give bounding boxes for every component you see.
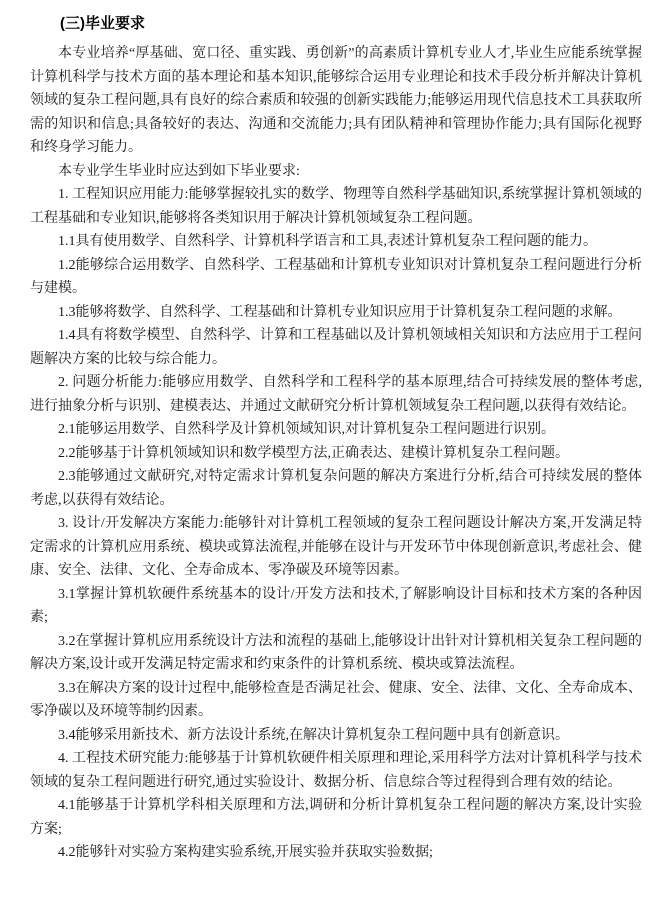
paragraph: 本专业培养“厚基础、宽口径、重实践、勇创新”的高素质计算机专业人才,毕业生应能系…: [30, 42, 642, 160]
paragraph: 1. 工程知识应用能力:能够掌握较扎实的数学、物理等自然科学基础知识,系统掌握计…: [30, 183, 642, 230]
paragraph: 4.1能够基于计算机学科相关原理和方法,调研和分析计算机复杂工程问题的解决方案,…: [30, 794, 642, 841]
paragraphs: 本专业培养“厚基础、宽口径、重实践、勇创新”的高素质计算机专业人才,毕业生应能系…: [30, 42, 642, 865]
paragraph: 3.3在解决方案的设计过程中,能够检查是否满足社会、健康、安全、法律、文化、全寿…: [30, 677, 642, 724]
paragraph: 4.2能够针对实验方案构建实验系统,开展实验并获取实验数据;: [30, 841, 642, 865]
paragraph: 1.4具有将数学模型、自然科学、计算和工程基础以及计算机领域相关知识和方法应用于…: [30, 324, 642, 371]
paragraph: 2. 问题分析能力:能够应用数学、自然科学和工程科学的基本原理,结合可持续发展的…: [30, 371, 642, 418]
paragraph: 1.3能够将数学、自然科学、工程基础和计算机专业知识应用于计算机复杂工程问题的求…: [30, 301, 642, 325]
paragraph: 3.4能够采用新技术、新方法设计系统,在解决计算机复杂工程问题中具有创新意识。: [30, 724, 642, 748]
paragraph: 1.2能够综合运用数学、自然科学、工程基础和计算机专业知识对计算机复杂工程问题进…: [30, 254, 642, 301]
paragraph: 3. 设计/开发解决方案能力:能够针对计算机工程领域的复杂工程问题设计解决方案,…: [30, 512, 642, 583]
paragraph: 1.1具有使用数学、自然科学、计算机科学语言和工具,表述计算机复杂工程问题的能力…: [30, 230, 642, 254]
paragraph: 2.2能够基于计算机领域知识和数学模型方法,正确表达、建模计算机复杂工程问题。: [30, 442, 642, 466]
paragraph: 3.2在掌握计算机应用系统设计方法和流程的基础上,能够设计出针对计算机相关复杂工…: [30, 630, 642, 677]
paragraph: 本专业学生毕业时应达到如下毕业要求:: [30, 160, 642, 184]
paragraph: 4. 工程技术研究能力:能够基于计算机软硬件相关原理和理论,采用科学方法对计算机…: [30, 747, 642, 794]
section-heading: (三)毕业要求: [30, 12, 642, 35]
document-page: (三)毕业要求 本专业培养“厚基础、宽口径、重实践、勇创新”的高素质计算机专业人…: [0, 0, 672, 911]
paragraph: 2.3能够通过文献研究,对特定需求计算机复杂问题的解决方案进行分析,结合可持续发…: [30, 465, 642, 512]
paragraph: 2.1能够运用数学、自然科学及计算机领域知识,对计算机复杂工程问题进行识别。: [30, 418, 642, 442]
paragraph: 3.1掌握计算机软硬件系统基本的设计/开发方法和技术,了解影响设计目标和技术方案…: [30, 583, 642, 630]
